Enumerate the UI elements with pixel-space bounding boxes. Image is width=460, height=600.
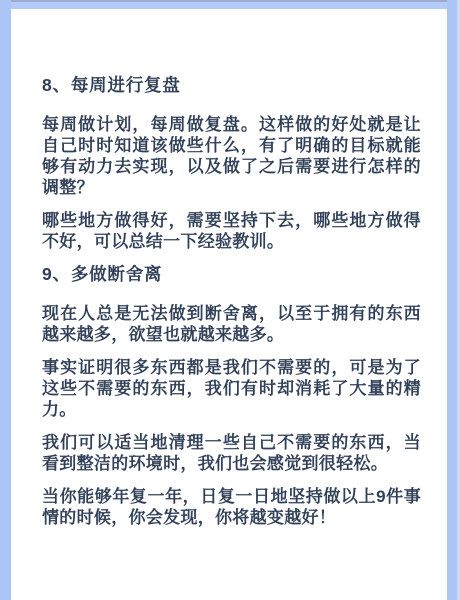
- text-card: 8、每周进行复盘 每周做计划，每周做复盘。这样做的好处就是让自己时时知道该做些什…: [0, 0, 460, 600]
- paragraph-declutter-advice: 我们可以适当地清理一些自己不需要的东西，当看到整洁的环境时，我们也会感觉到很轻松…: [42, 432, 421, 474]
- paragraph-weekly-review-benefits: 每周做计划，每周做复盘。这样做的好处就是让自己时时知道该做些什么，有了明确的目标…: [42, 114, 421, 198]
- section-heading-declutter: 9、多做断舍离: [42, 264, 421, 285]
- paragraph-declutter-waste: 事实证明很多东西都是我们不需要的，可是为了这些不需要的东西，我们有时却消耗了大量…: [42, 357, 421, 420]
- section-heading-weekly-review: 8、每周进行复盘: [42, 75, 421, 96]
- card-content: 8、每周进行复盘 每周做计划，每周做复盘。这样做的好处就是让自己时时知道该做些什…: [11, 9, 447, 600]
- card-right-border: [447, 0, 460, 600]
- card-top-border: [0, 0, 460, 9]
- paragraph-weekly-review-lessons: 哪些地方做得好，需要坚持下去，哪些地方做得不好，可以总结一下经验教训。: [42, 210, 421, 252]
- paragraph-declutter-problem: 现在人总是无法做到断舍离，以至于拥有的东西越来越多，欲望也就越来越多。: [42, 303, 421, 345]
- paragraph-conclusion: 当你能够年复一年，日复一日地坚持做以上9件事情的时候，你会发现，你将越变越好！: [42, 486, 421, 528]
- card-left-border: [0, 0, 11, 600]
